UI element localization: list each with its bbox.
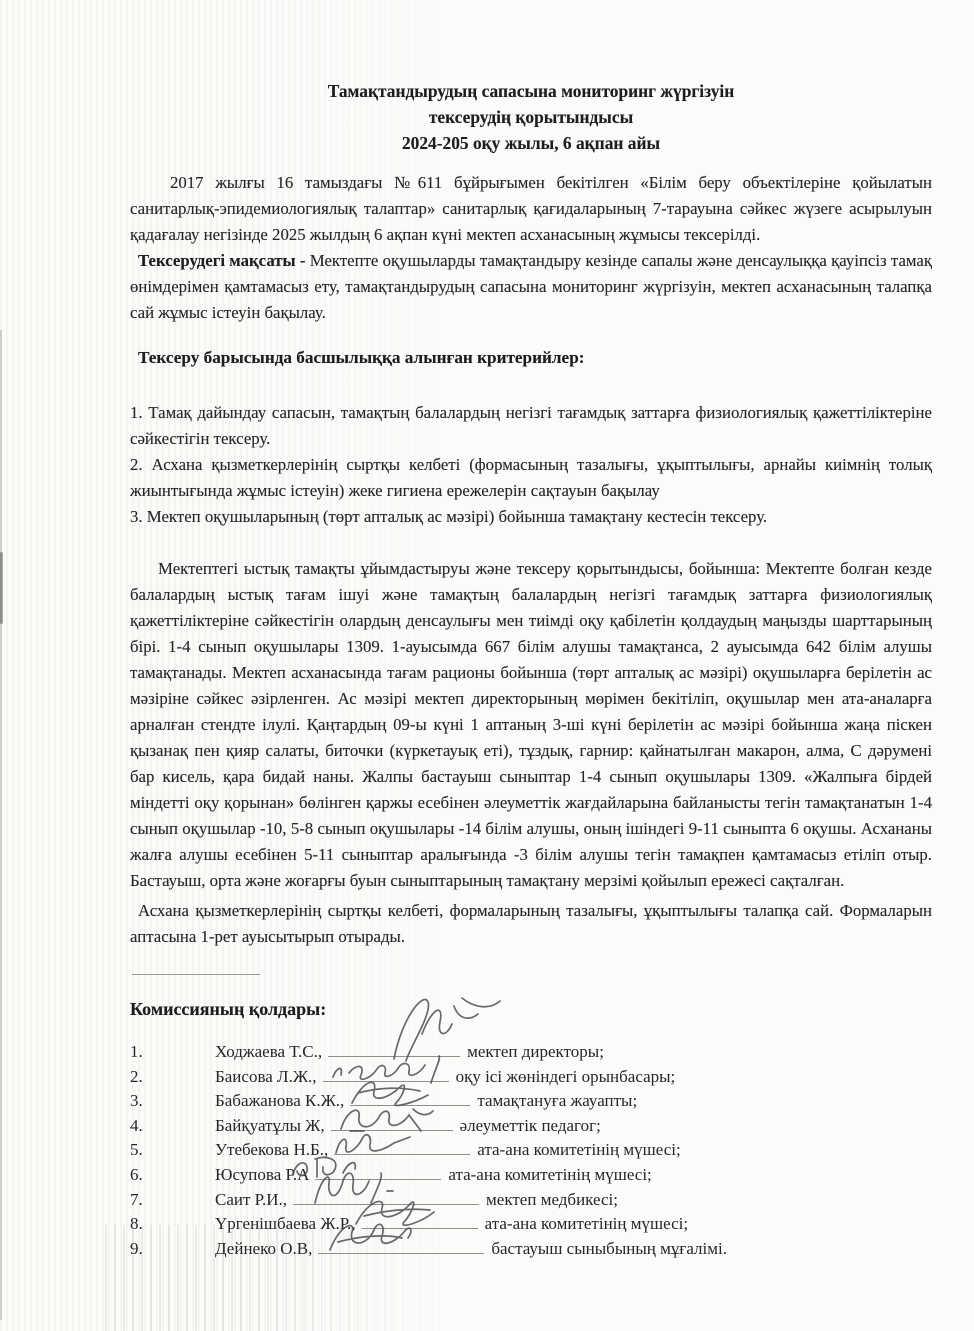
signature-row: 6. Юсупова Р.А ата-ана комитетінің мүшес… <box>130 1165 932 1190</box>
findings-paragraph: Мектептегі ыстық тамақты ұйымдастыруы жә… <box>130 556 932 894</box>
signature-number: 7. <box>130 1190 215 1210</box>
criteria-item-1: 1. Тамақ дайындау сапасын, тамақтың бала… <box>130 400 932 452</box>
signature-role: бастауыш сыныбының мұғалімі. <box>491 1239 727 1259</box>
signature-row: 3. Бабажанова К.Ж., тамақтануға жауапты; <box>130 1091 932 1116</box>
intro-paragraph: 2017 жылғы 16 тамыздағы №611 бұйрығымен … <box>130 170 932 248</box>
signature-number: 3. <box>130 1091 215 1111</box>
signature-blank-line <box>315 1166 441 1180</box>
signature-name: Үргенішбаева Ж.Р., <box>215 1214 356 1234</box>
signature-role: ата-ана комитетінің мүшесі; <box>477 1140 680 1160</box>
signature-row: 4. Байқуатұлы Ж, әлеуметтік педагог; <box>130 1116 932 1141</box>
title-line-3: 2024-205 оқу жылы, 6 ақпан айы <box>130 130 932 156</box>
criteria-item-2: 2. Асхана қызметкерлерінің сыртқы келбет… <box>130 452 932 504</box>
signature-row: 2. Баисова Л.Ж., оқу ісі жөніндегі орынб… <box>130 1067 932 1092</box>
signature-blank-line <box>334 1141 470 1155</box>
document-title: Тамақтандырудың сапасына мониторинг жүрг… <box>130 78 932 156</box>
signature-blank-line <box>331 1117 453 1131</box>
purpose-paragraph: Тексерудегі мақсаты - Мектепте оқушылард… <box>130 248 932 326</box>
signature-name: Саит Р.И., <box>215 1190 287 1210</box>
signature-name: Баисова Л.Ж., <box>215 1067 317 1087</box>
criteria-heading: Тексеру барысында басшылыққа алынған кри… <box>130 348 932 368</box>
title-line-2: тексерудің қорытындысы <box>130 104 932 130</box>
signatures-list: 1. Ходжаева Т.С., мектеп директоры; 2. Б… <box>130 1042 932 1263</box>
signature-name: Дейнеко О.В, <box>215 1239 312 1259</box>
signature-number: 5. <box>130 1140 215 1160</box>
signature-row: 1. Ходжаева Т.С., мектеп директоры; <box>130 1042 932 1067</box>
criteria-list: 1. Тамақ дайындау сапасын, тамақтың бала… <box>130 400 932 530</box>
signature-name: Бабажанова К.Ж., <box>215 1091 344 1111</box>
signature-number: 2. <box>130 1067 215 1087</box>
signature-name: Ходжаева Т.С., <box>215 1042 322 1062</box>
signature-row: 7. Саит Р.И., мектеп медбикесі; <box>130 1190 932 1215</box>
signature-blank-line <box>350 1092 470 1106</box>
signature-number: 1. <box>130 1042 215 1062</box>
appearance-paragraph: Асхана қызметкерлерінің сыртқы келбеті, … <box>130 898 932 950</box>
signatures-heading: Комиссияның қолдары: <box>130 999 932 1020</box>
signature-blank-line <box>318 1240 484 1254</box>
signature-role: ата-ана комитетінің мүшесі; <box>448 1165 651 1185</box>
signature-number: 9. <box>130 1239 215 1259</box>
signature-number: 6. <box>130 1165 215 1185</box>
signature-role: мектеп медбикесі; <box>486 1190 618 1210</box>
document-page: Тамақтандырудың сапасына мониторинг жүрг… <box>0 0 974 1263</box>
handwritten-strike-line <box>132 964 260 975</box>
signature-number: 4. <box>130 1116 215 1136</box>
title-line-1: Тамақтандырудың сапасына мониторинг жүрг… <box>130 78 932 104</box>
signature-blank-line <box>293 1191 479 1205</box>
signature-name: Байқуатұлы Ж, <box>215 1116 325 1136</box>
signature-name: Юсупова Р.А <box>215 1165 309 1185</box>
signature-role: оқу ісі жөніндегі орынбасары; <box>456 1067 676 1087</box>
signature-row: 5. Утебекова Н.Б., ата-ана комитетінің м… <box>130 1140 932 1165</box>
signature-row: 9. Дейнеко О.В, бастауыш сыныбының мұғал… <box>130 1239 932 1264</box>
signature-role: әлеуметтік педагог; <box>460 1116 601 1136</box>
criteria-item-3: 3. Мектеп оқушыларының (төрт апталық ас … <box>130 504 932 530</box>
signature-role: тамақтануға жауапты; <box>477 1091 637 1111</box>
signature-name: Утебекова Н.Б., <box>215 1140 328 1160</box>
signature-blank-line <box>328 1043 460 1057</box>
purpose-label: Тексерудегі мақсаты - <box>138 251 305 270</box>
signature-blank-line <box>323 1068 449 1082</box>
signature-blank-line <box>362 1215 478 1229</box>
signature-row: 8. Үргенішбаева Ж.Р., ата-ана комитетіні… <box>130 1214 932 1239</box>
signature-role: мектеп директоры; <box>467 1042 604 1062</box>
signature-role: ата-ана комитетінің мүшесі; <box>485 1214 688 1234</box>
signature-number: 8. <box>130 1214 215 1234</box>
